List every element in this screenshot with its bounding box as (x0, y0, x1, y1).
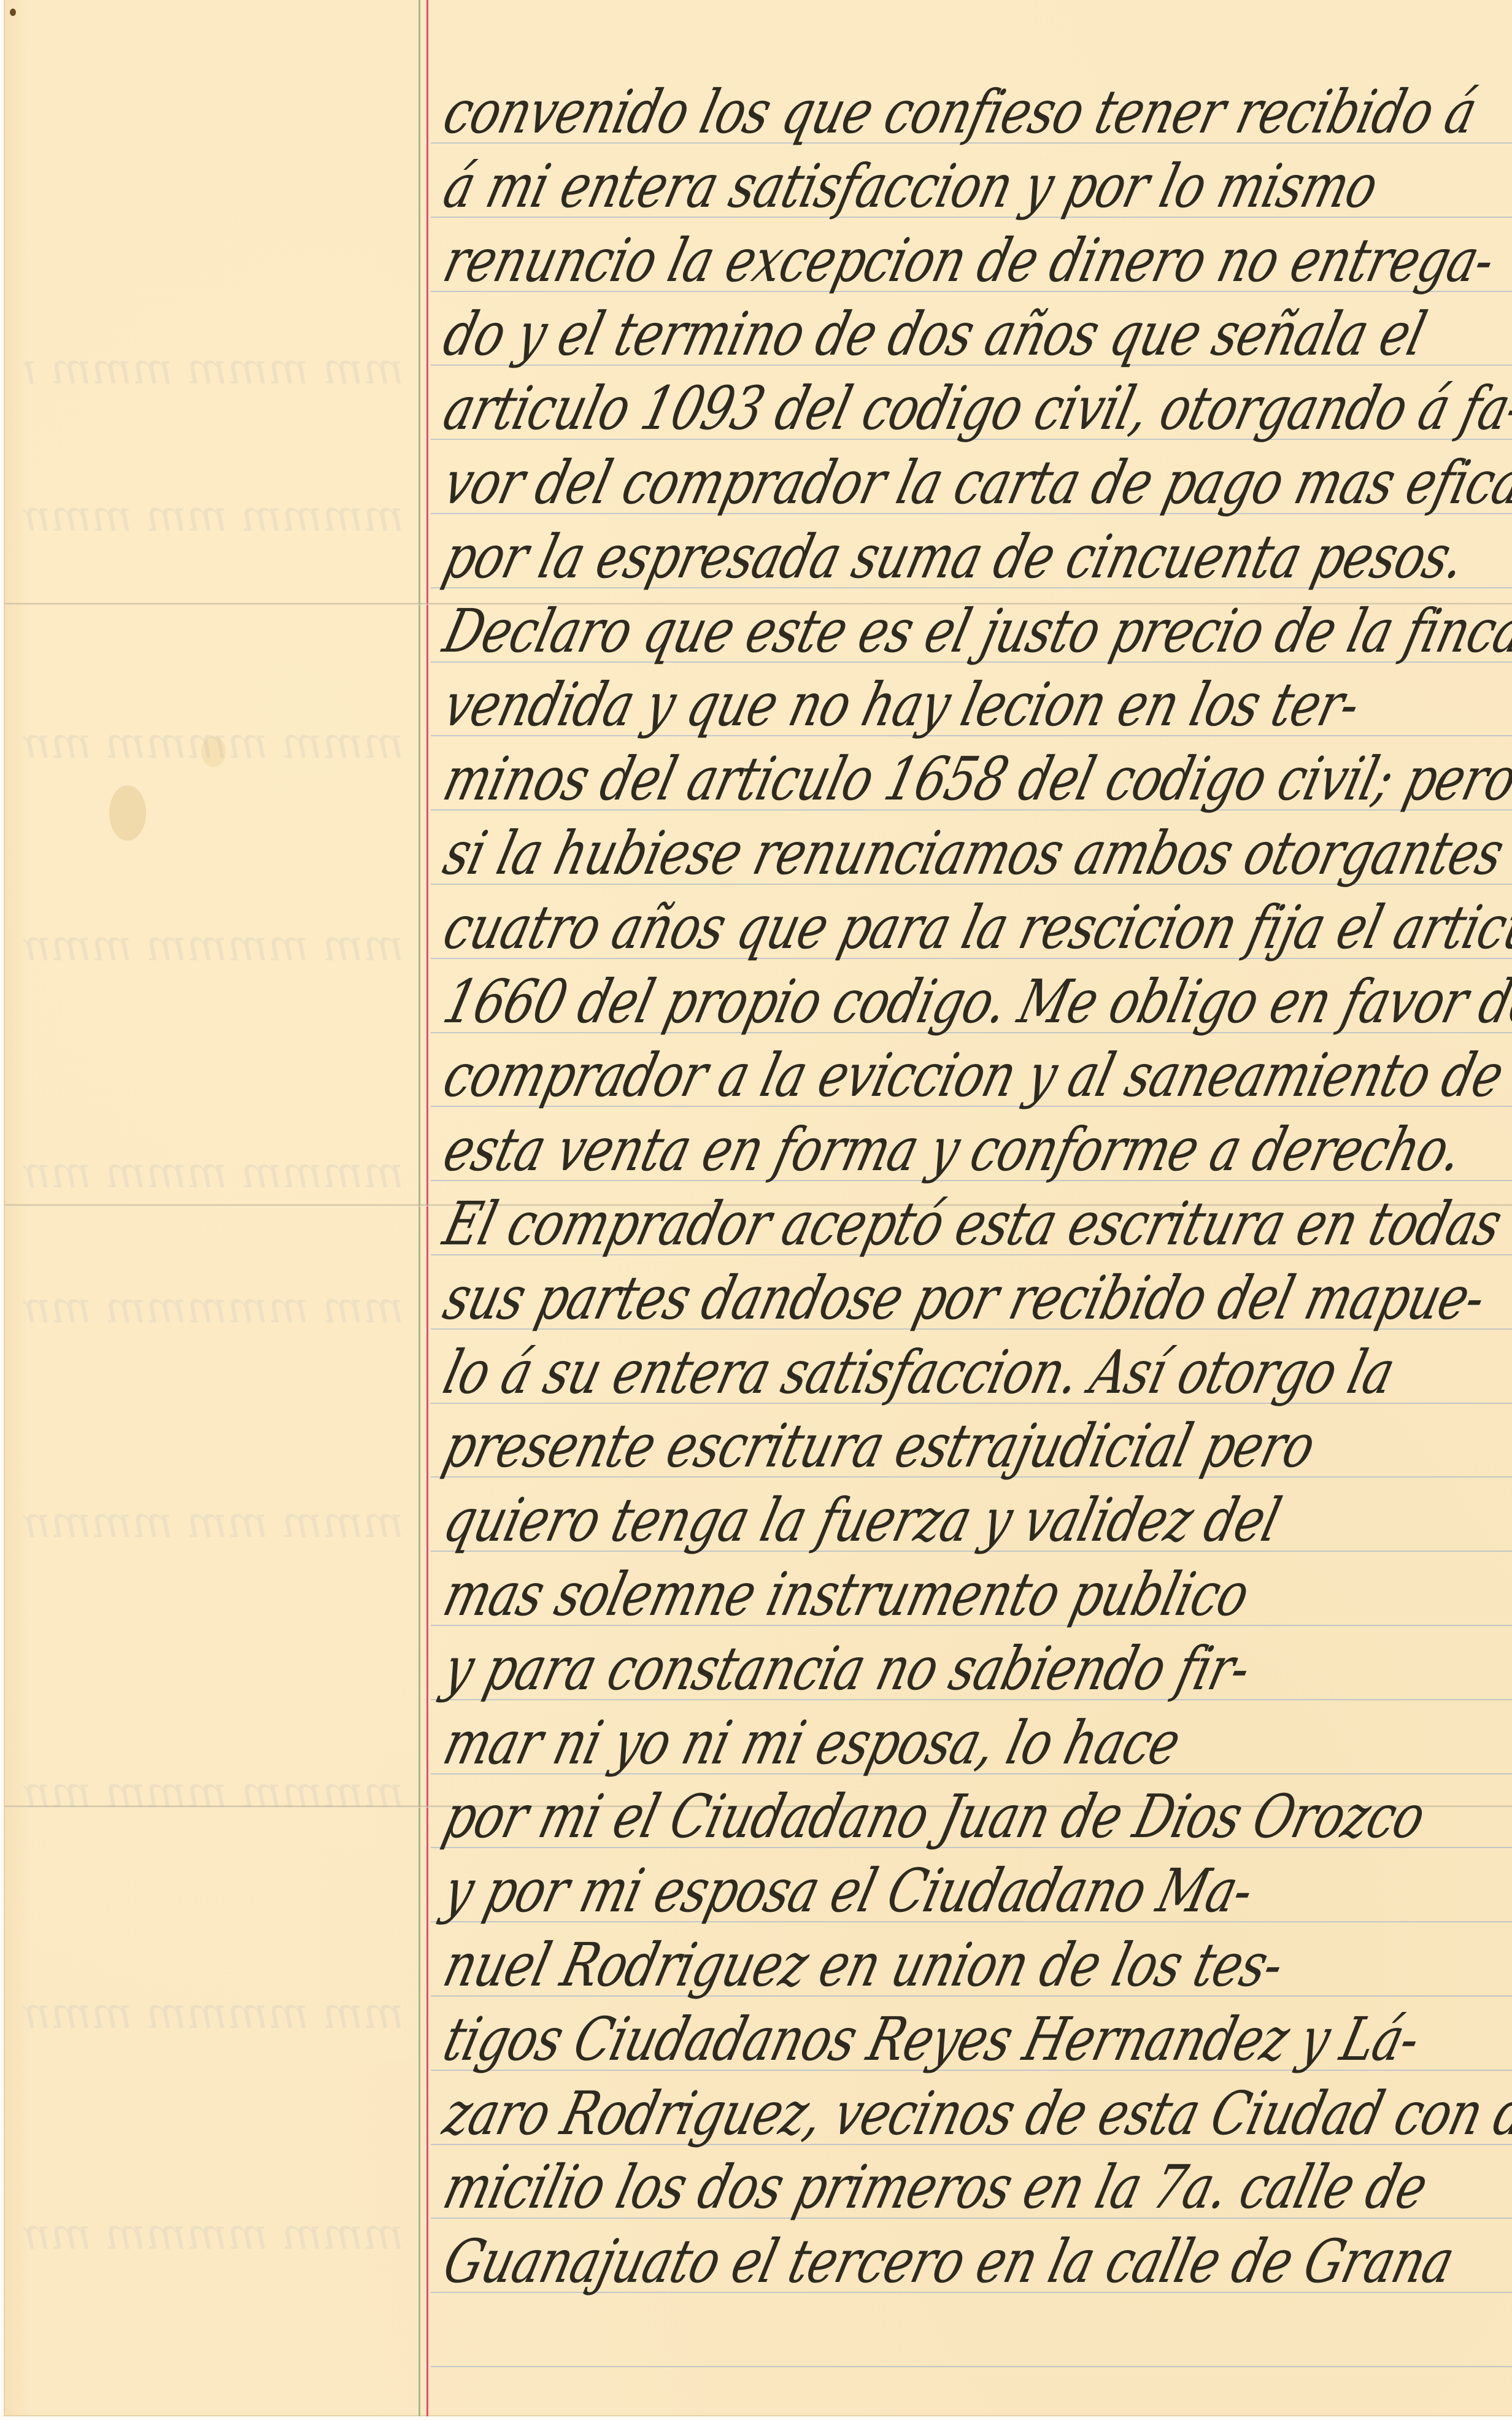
handwritten-line: convenido los que confieso tener recibid… (434, 74, 1512, 147)
ruled-line (431, 2366, 1512, 2367)
handwritten-line-text: El comprador aceptó esta escritura en to… (438, 1195, 1507, 1255)
handwritten-line-text: mas solemne instrumento publico (438, 1565, 1254, 1625)
handwritten-line-text: si la hubiese renunciamos ambos otorgant… (438, 824, 1512, 884)
handwritten-line-text: y para constancia no sabiendo fir- (438, 1640, 1255, 1700)
handwritten-line: y para constancia no sabiendo fir- (434, 1630, 1512, 1704)
handwritten-line-text: por mi el Ciudadano Juan de Dios Orozco (438, 1787, 1430, 1848)
margin-rule-green (418, 0, 420, 2416)
handwritten-line: esta venta en forma y conforme a derecho… (434, 1111, 1512, 1185)
handwritten-line: presente escritura estrajudicial pero (434, 1408, 1512, 1481)
handwritten-line: si la hubiese renunciamos ambos otorgant… (434, 815, 1512, 888)
handwritten-line: articulo 1093 del codigo civil, otorgand… (434, 370, 1512, 444)
margin-rule-red (426, 0, 428, 2416)
handwritten-line: Declaro que este es el justo precio de l… (434, 593, 1512, 666)
bleed-through-text: mmm mmmm mm (23, 2209, 404, 2259)
bleed-through-text: mm mmmm mmmm (23, 1988, 404, 2038)
handwritten-line-text: comprador a la eviccion y al saneamiento… (438, 1046, 1509, 1106)
water-stain (201, 736, 226, 767)
handwritten-line: El comprador aceptó esta escritura en to… (434, 1185, 1512, 1259)
handwritten-line-text: micilio los dos primeros en la 7a. calle… (438, 2158, 1433, 2218)
handwritten-line-text: presente escritura estrajudicial pero (438, 1417, 1321, 1477)
handwritten-line: mas solemne instrumento publico (434, 1556, 1512, 1630)
handwritten-line: Guanajuato el tercero en la calle de Gra… (434, 2223, 1512, 2297)
handwritten-line-text: esta venta en forma y conforme a derecho… (438, 1120, 1468, 1181)
handwritten-line: micilio los dos primeros en la 7a. calle… (434, 2149, 1512, 2222)
handwritten-line-text: Guanajuato el tercero en la calle de Gra… (438, 2232, 1459, 2292)
handwritten-line-text: vor del comprador la carta de pago mas e… (438, 453, 1512, 514)
handwritten-line-text: lo á su entera satisfaccion. Así otorgo … (438, 1343, 1400, 1403)
bleed-through-text: mm mmmmm mmm (23, 1282, 404, 1333)
handwritten-line-text: vendida y que no hay lecion en los ter- (438, 676, 1365, 736)
manuscript-page: mm mmm mmm mm mmmm mm mmmm mmm mmmm mm m… (4, 0, 1512, 2416)
handwritten-line: lo á su entera satisfaccion. Así otorgo … (434, 1334, 1512, 1408)
handwritten-line: vor del comprador la carta de pago mas e… (434, 444, 1512, 518)
handwritten-line: minos del articulo 1658 del codigo civil… (434, 741, 1512, 814)
handwritten-line: sus partes dandose por recibido del mapu… (434, 1260, 1512, 1333)
handwritten-line-text: mar ni yo ni mi esposa, lo hace (438, 1714, 1186, 1774)
bleed-through-text: mmmm mm mmmm (23, 491, 404, 541)
handwritten-line: quiero tenga la fuerza y validez del (434, 1482, 1512, 1555)
bleed-through-text: mmmm mmm mmm (23, 1767, 404, 1817)
handwritten-line-text: cuatro años que para la rescicion fija e… (438, 898, 1512, 958)
handwritten-line-text: zaro Rodriguez, vecinos de esta Ciudad c… (438, 2084, 1512, 2144)
bleed-through-text: mmmm mmm mmm (23, 1147, 404, 1198)
handwritten-line: por la espresada suma de cincuenta pesos… (434, 518, 1512, 592)
handwritten-line-text: por la espresada suma de cincuenta pesos… (438, 528, 1470, 588)
handwritten-line-text: 1660 del propio codigo. Me obligo en fav… (438, 973, 1512, 1033)
handwritten-line: mar ni yo ni mi esposa, lo hace (434, 1705, 1512, 1778)
handwritten-line: renuncio la excepcion de dinero no entre… (434, 222, 1512, 296)
handwritten-line: por mi el Ciudadano Juan de Dios Orozco (434, 1778, 1512, 1852)
handwritten-line-text: tigos Ciudadanos Reyes Hernandez y Lá- (438, 2010, 1425, 2070)
bleed-through-text: mm mmmm mmm m (23, 920, 404, 971)
handwritten-line-text: nuel Rodriguez en union de los tes- (438, 1936, 1289, 1996)
handwritten-line: y por mi esposa el Ciudadano Ma- (434, 1852, 1512, 1926)
handwritten-line: nuel Rodriguez en union de los tes- (434, 1927, 1512, 2000)
ink-spot (10, 9, 16, 16)
handwritten-line: 1660 del propio codigo. Me obligo en fav… (434, 963, 1512, 1037)
handwritten-line-text: convenido los que confieso tener recibid… (438, 83, 1482, 143)
handwritten-line: vendida y que no hay lecion en los ter- (434, 666, 1512, 740)
handwritten-line-text: do y el termino de dos años que señala e… (438, 305, 1431, 365)
handwritten-line-text: articulo 1093 del codigo civil, otorgand… (438, 379, 1512, 439)
handwritten-line: zaro Rodriguez, vecinos de esta Ciudad c… (434, 2075, 1512, 2149)
handwritten-line: tigos Ciudadanos Reyes Hernandez y Lá- (434, 2001, 1512, 2075)
handwritten-line: cuatro años que para la rescicion fija e… (434, 889, 1512, 963)
handwritten-line: do y el termino de dos años que señala e… (434, 296, 1512, 369)
handwritten-line: comprador a la eviccion y al saneamiento… (434, 1037, 1512, 1111)
bleed-through-text: mm mmm mmm mm (23, 344, 404, 394)
handwritten-line-text: á mi entera satisfaccion y por lo mismo (438, 157, 1383, 217)
handwritten-line-text: minos del articulo 1658 del codigo civil… (438, 750, 1512, 810)
scan-bottom-edge (0, 2416, 1512, 2420)
bleed-through-text: mmm mm mmmm m (23, 1497, 404, 1547)
handwritten-line-text: sus partes dandose por recibido del mapu… (438, 1269, 1491, 1329)
handwritten-line-text: quiero tenga la fuerza y validez del (438, 1491, 1286, 1551)
handwritten-line: á mi entera satisfaccion y por lo mismo (434, 148, 1512, 222)
water-stain (109, 785, 146, 841)
handwritten-line-text: renuncio la excepcion de dinero no entre… (438, 231, 1500, 291)
handwritten-line-text: Declaro que este es el justo precio de l… (438, 602, 1512, 662)
handwritten-line-text: y por mi esposa el Ciudadano Ma- (438, 1862, 1259, 1922)
